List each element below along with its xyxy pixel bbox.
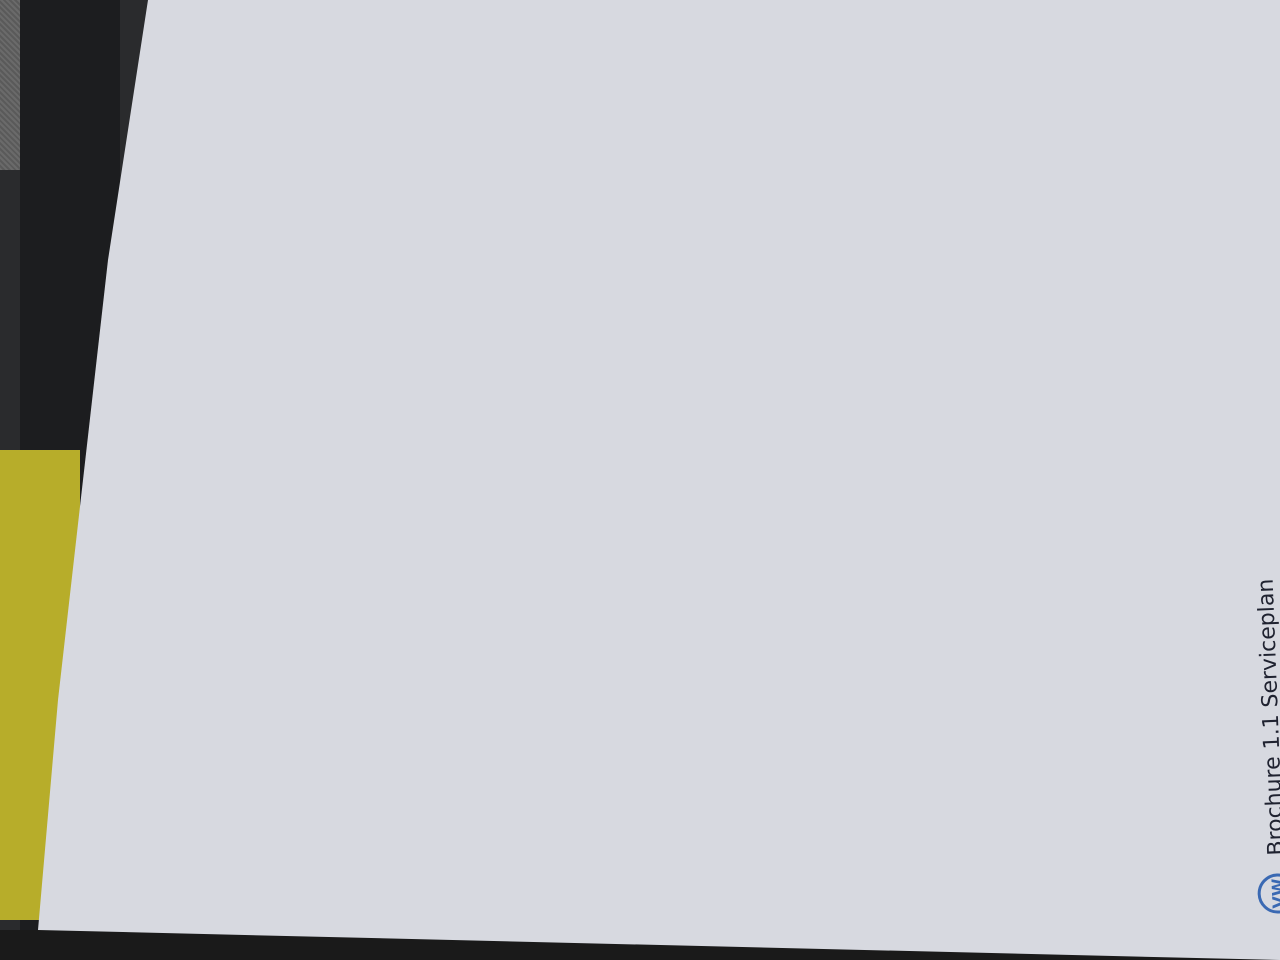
brochure-title: Brochure 1.1 Serviceplan [1253, 578, 1280, 856]
vw-logo-icon: VW [1257, 873, 1280, 915]
paper-sheet [38, 0, 1280, 960]
page-header: VW Brochure 1.1 Serviceplan [1246, 578, 1280, 914]
